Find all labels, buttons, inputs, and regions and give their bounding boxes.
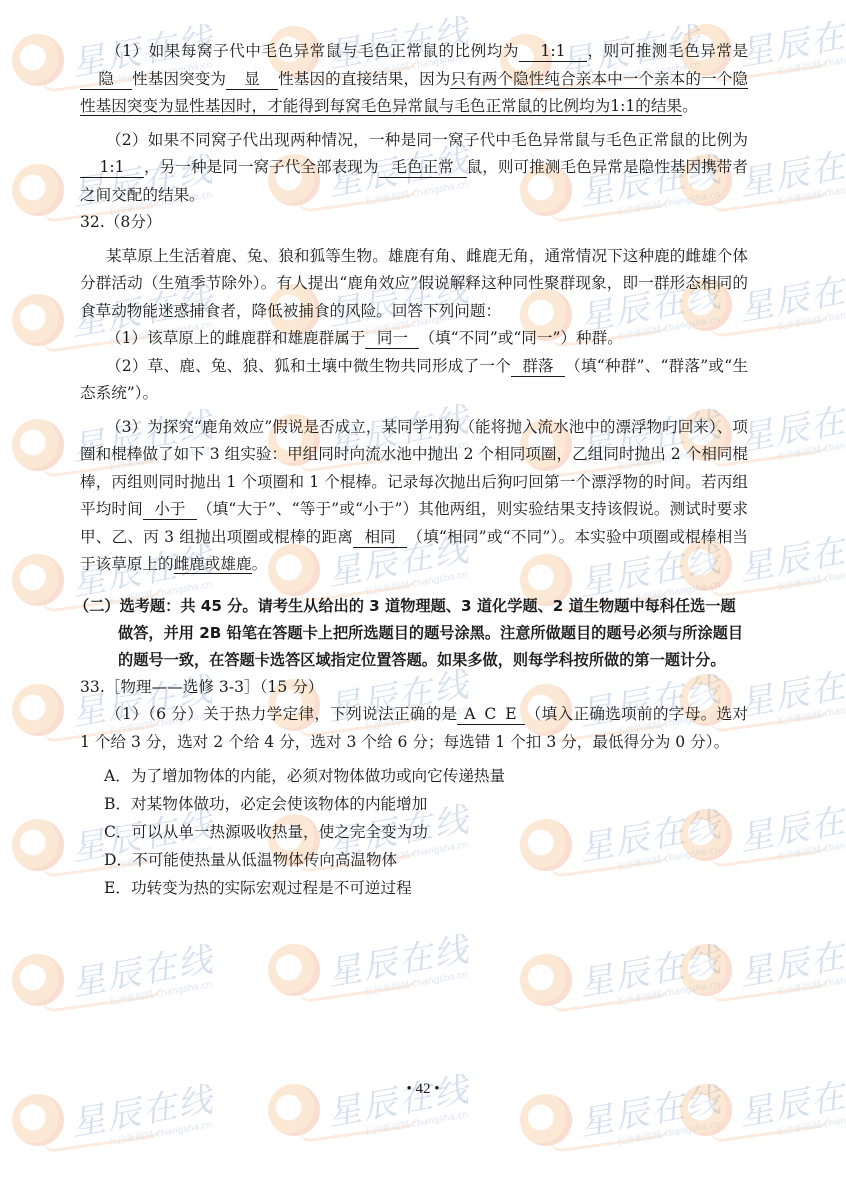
q32-stem: 某草原上生活着鹿、兔、狼和狐等生物。雄鹿有角、雌鹿无角，通常情况下这种鹿的雌雄个… bbox=[80, 243, 748, 326]
watermark-brand: 星辰在线 bbox=[735, 387, 846, 460]
watermark-brand: 星辰在线 bbox=[323, 922, 473, 995]
q33-options: A．为了增加物体的内能，必须对物体做功或向它传递热量 B．对某物体做功，必定会使… bbox=[80, 762, 748, 902]
text: 性基因的直接结果，因为 bbox=[278, 70, 450, 88]
q32-part2: （2）草、鹿、兔、狼、狐和土壤中微生物共同形成了一个群落（填“种群”、“群落”或… bbox=[80, 353, 748, 408]
watermark-sub: 长沙新闻网 changsha.cn bbox=[776, 432, 846, 463]
star-logo-icon bbox=[12, 419, 64, 471]
option-d: D．不可能使热量从低温物体传向高温物体 bbox=[80, 846, 748, 874]
star-logo-icon bbox=[12, 684, 64, 736]
swoosh-icon bbox=[550, 1124, 671, 1154]
watermark-sub: 长沙新闻网 changsha.cn bbox=[616, 977, 722, 1008]
star-logo-icon bbox=[12, 554, 64, 606]
text: （1）如果每窝子代中毛色异常鼠与毛色正常鼠的比例均为 bbox=[106, 42, 519, 60]
q32-heading: 32.（8分） bbox=[80, 209, 748, 237]
answer-blank: 毛色正常 bbox=[379, 157, 467, 178]
watermark-brand: 星辰在线 bbox=[735, 652, 846, 725]
text: （2）草、鹿、兔、狼、狐和土壤中微生物共同形成了一个 bbox=[106, 357, 511, 375]
q33-part1: （1）（6 分）关于热力学定律，下列说法正确的是A C E（填入正确选项前的字母… bbox=[80, 701, 748, 756]
option-e: E．功转变为热的实际宏观过程是不可逆过程 bbox=[80, 874, 748, 902]
text: 。 bbox=[682, 97, 698, 115]
q33-heading: 33.［物理——选修 3-3］（15 分） bbox=[80, 674, 748, 702]
watermark-sub: 长沙新闻网 changsha.cn bbox=[776, 47, 846, 78]
swoosh-icon bbox=[42, 1124, 163, 1154]
watermark-sub: 长沙新闻网 changsha.cn bbox=[776, 1107, 846, 1138]
answer-blank: 1:1 bbox=[80, 157, 144, 178]
q31-part1: （1）如果每窝子代中毛色异常鼠与毛色正常鼠的比例均为1:1，则可推测毛色异常是隐… bbox=[80, 38, 748, 121]
swoosh-icon bbox=[298, 974, 419, 1004]
watermark-brand: 星辰在线 bbox=[735, 2, 846, 75]
page-number: • 42 • bbox=[0, 1081, 846, 1098]
answer-blank: A C E bbox=[457, 704, 525, 725]
watermark-logo: 星辰在线长沙新闻网 changsha.cn bbox=[268, 930, 468, 1010]
swoosh-icon bbox=[298, 1114, 419, 1144]
text: 性基因突变为 bbox=[132, 70, 226, 88]
option-a: A．为了增加物体的内能，必须对物体做功或向它传递热量 bbox=[80, 762, 748, 790]
watermark-sub: 长沙新闻网 changsha.cn bbox=[776, 967, 846, 998]
watermark-sub: 长沙新闻网 changsha.cn bbox=[108, 1117, 214, 1148]
watermark-brand: 星辰在线 bbox=[735, 132, 846, 205]
watermark-sub: 长沙新闻网 changsha.cn bbox=[776, 697, 846, 728]
star-logo-icon bbox=[680, 944, 732, 996]
star-logo-icon bbox=[268, 944, 320, 996]
watermark-brand: 星辰在线 bbox=[735, 787, 846, 860]
star-logo-icon bbox=[12, 819, 64, 871]
text: 。 bbox=[252, 555, 268, 573]
swoosh-icon bbox=[550, 984, 671, 1014]
swoosh-icon bbox=[42, 984, 163, 1014]
option-b: B．对某物体做功，必定会使该物体的内能增加 bbox=[80, 790, 748, 818]
watermark-sub: 长沙新闻网 changsha.cn bbox=[364, 1107, 470, 1138]
option-c: C．可以从单一热源吸收热量，使之完全变为功 bbox=[80, 818, 748, 846]
answer-blank: 群落 bbox=[511, 356, 565, 377]
q31-part2: （2）如果不同窝子代出现两种情况，一种是同一窝子代中毛色异常鼠与毛色正常鼠的比例… bbox=[80, 127, 748, 210]
watermark-brand: 星辰在线 bbox=[323, 1062, 473, 1135]
watermark-sub: 长沙新闻网 changsha.cn bbox=[364, 967, 470, 998]
star-logo-icon bbox=[12, 34, 64, 86]
star-logo-icon bbox=[520, 1094, 572, 1146]
text: ，则可推测毛色异常是 bbox=[587, 42, 748, 60]
watermark-brand: 星辰在线 bbox=[575, 932, 725, 1005]
watermark-brand: 星辰在线 bbox=[735, 517, 846, 590]
answer-underlined: 雌鹿或雄鹿 bbox=[174, 555, 252, 574]
watermark-sub: 长沙新闻网 changsha.cn bbox=[616, 1117, 722, 1148]
watermark-sub: 长沙新闻网 changsha.cn bbox=[776, 302, 846, 333]
answer-blank: 显 bbox=[226, 69, 278, 90]
watermark-sub: 长沙新闻网 changsha.cn bbox=[776, 177, 846, 208]
watermark-logo: 星辰在线长沙新闻网 changsha.cn bbox=[520, 940, 720, 1020]
watermark-brand: 星辰在线 bbox=[735, 257, 846, 330]
text: （填“不同”或“同一”）种群。 bbox=[419, 329, 622, 347]
watermark-logo: 星辰在线长沙新闻网 changsha.cn bbox=[680, 930, 846, 1010]
exam-page: （1）如果每窝子代中毛色异常鼠与毛色正常鼠的比例均为1:1，则可推测毛色异常是隐… bbox=[80, 38, 748, 902]
answer-blank: 隐 bbox=[80, 69, 132, 90]
swoosh-icon bbox=[710, 974, 831, 1004]
text: （1）该草原上的雌鹿群和雄鹿群属于 bbox=[106, 329, 365, 347]
watermark-brand: 星辰在线 bbox=[67, 932, 217, 1005]
watermark-sub: 长沙新闻网 changsha.cn bbox=[776, 562, 846, 593]
answer-blank: 小于 bbox=[143, 499, 197, 520]
q32-part1: （1）该草原上的雌鹿群和雄鹿群属于同一（填“不同”或“同一”）种群。 bbox=[80, 325, 748, 353]
text: ，另一种是同一窝子代全部表现为 bbox=[144, 158, 379, 176]
star-logo-icon bbox=[12, 1094, 64, 1146]
watermark-sub: 长沙新闻网 changsha.cn bbox=[108, 977, 214, 1008]
swoosh-icon bbox=[710, 1114, 831, 1144]
elective-instructions: （二）选考题：共 45 分。请考生从给出的 3 道物理题、3 道化学题、2 道生… bbox=[74, 593, 748, 674]
star-logo-icon bbox=[12, 954, 64, 1006]
q32-part3: （3）为探究“鹿角效应”假说是否成立，某同学用狗（能将抛入流水池中的漂浮物叼回来… bbox=[80, 414, 748, 579]
star-logo-icon bbox=[12, 164, 64, 216]
watermark-brand: 星辰在线 bbox=[735, 922, 846, 995]
answer-blank: 相同 bbox=[353, 527, 407, 548]
star-logo-icon bbox=[520, 954, 572, 1006]
watermark-logo: 星辰在线长沙新闻网 changsha.cn bbox=[12, 940, 212, 1020]
star-logo-icon bbox=[12, 294, 64, 346]
watermark-brand: 星辰在线 bbox=[735, 1062, 846, 1135]
text: （2）如果不同窝子代出现两种情况，一种是同一窝子代中毛色异常鼠与毛色正常鼠的比例… bbox=[106, 131, 748, 149]
watermark-sub: 长沙新闻网 changsha.cn bbox=[776, 832, 846, 863]
text: （1）（6 分）关于热力学定律，下列说法正确的是 bbox=[106, 705, 457, 723]
answer-blank: 同一 bbox=[365, 328, 419, 349]
answer-blank: 1:1 bbox=[519, 41, 587, 62]
